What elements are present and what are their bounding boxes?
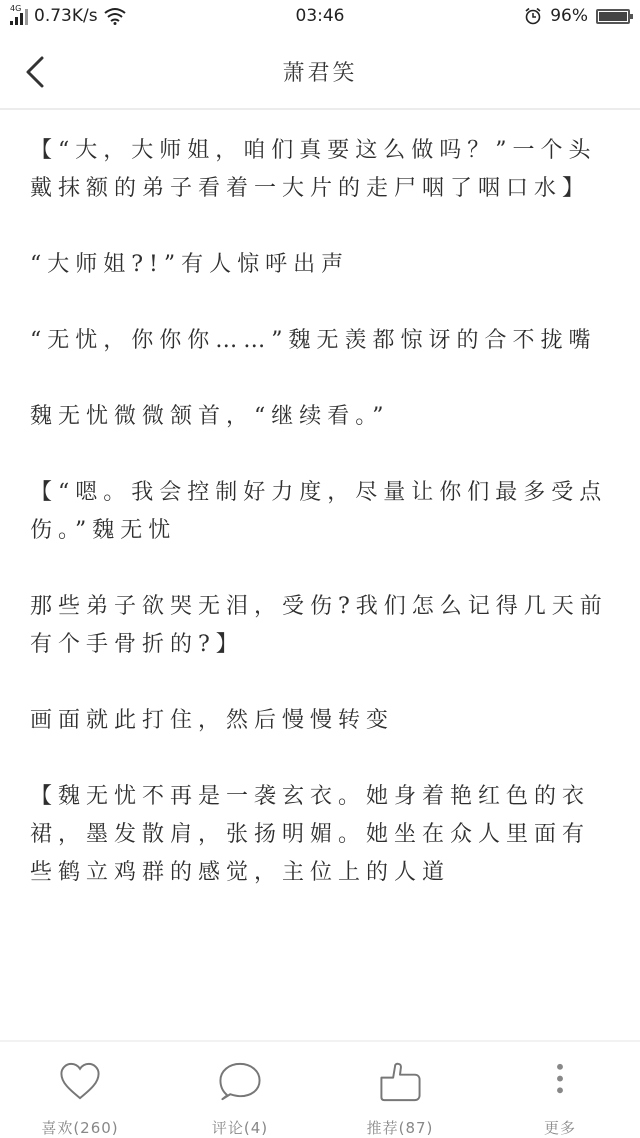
battery-percent: 96% bbox=[550, 6, 588, 26]
thumbs-up-icon bbox=[377, 1060, 423, 1105]
bottom-action-bar: 喜欢(260) 评论(4) 推荐(87) 更多 bbox=[0, 1040, 640, 1138]
page-title: 萧君笑 bbox=[0, 56, 640, 87]
paragraph: 魏无忧微微颔首，“继续看。” bbox=[30, 398, 615, 436]
paragraph: 【魏无忧不再是一袭玄衣。她身着艳红色的衣裙，墨发散肩，张扬明媚。她坐在众人里面有… bbox=[30, 778, 615, 892]
comment-label: 评论(4) bbox=[212, 1117, 268, 1138]
paragraph: “无忧，你你你……”魏无羡都惊讶的合不拢嘴 bbox=[30, 322, 615, 360]
more-button[interactable]: 更多 bbox=[480, 1042, 640, 1138]
recommend-button[interactable]: 推荐(87) bbox=[320, 1042, 480, 1138]
paragraph: 画面就此打住，然后慢慢转变 bbox=[30, 702, 615, 740]
heart-icon bbox=[57, 1060, 103, 1105]
comment-icon bbox=[217, 1060, 263, 1105]
paragraph: 【“嗯。我会控制好力度，尽量让你们最多受点伤。”魏无忧 bbox=[30, 474, 615, 550]
article-content: 【“大，大师姐，咱们真要这么做吗？”一个头戴抹额的弟子看着一大片的走尸咽了咽口水… bbox=[30, 132, 615, 930]
alarm-icon bbox=[524, 7, 542, 25]
comment-button[interactable]: 评论(4) bbox=[160, 1042, 320, 1138]
like-label: 喜欢(260) bbox=[41, 1117, 118, 1138]
paragraph: 【“大，大师姐，咱们真要这么做吗？”一个头戴抹额的弟子看着一大片的走尸咽了咽口水… bbox=[30, 132, 615, 208]
more-label: 更多 bbox=[544, 1117, 576, 1138]
recommend-label: 推荐(87) bbox=[367, 1117, 434, 1138]
like-button[interactable]: 喜欢(260) bbox=[0, 1042, 160, 1138]
battery-icon bbox=[596, 9, 630, 24]
status-right: 96% bbox=[524, 6, 630, 26]
paragraph: 那些弟子欲哭无泪，受伤?我们怎么记得几天前有个手骨折的?】 bbox=[30, 588, 615, 664]
more-vertical-icon bbox=[537, 1060, 583, 1105]
nav-bar: 萧君笑 bbox=[0, 34, 640, 110]
paragraph: “大师姐?!”有人惊呼出声 bbox=[30, 246, 615, 284]
status-bar: 4G 0.73K/s 03:46 96% bbox=[0, 0, 640, 34]
